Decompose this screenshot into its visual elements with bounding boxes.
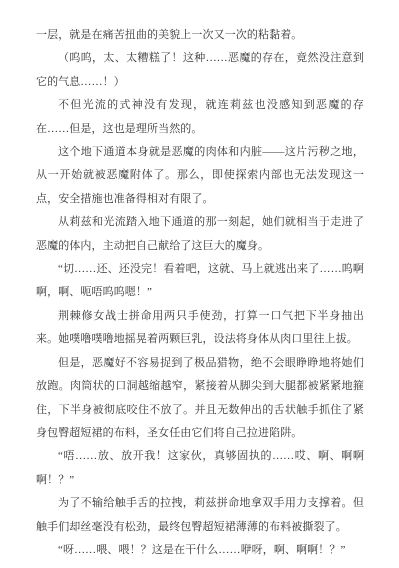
paragraph: “呀……喂、喂！？这是在干什么……咿呀，啊、啊啊！？” [36,539,364,562]
paragraph: （呜呜，太、太糟糕了！这种……恶魔的存在，竟然没注意到它的气息……！） [36,47,364,94]
paragraph: 荆棘修女战士拼命用两只手使劲，打算一口气把下半身抽出来。她噗噜噗噜地摇晃着两颗巨… [36,305,364,352]
paragraph: “唔……放、放开我！这家伙，真够固执的……哎、啊、啊啊啊！？” [36,445,364,492]
paragraph: 为了不输给触手舌的拉拽，莉兹拼命地拿双手用力支撑着。但触手们却丝毫没有松劲，最终… [36,492,364,539]
paragraph: 一层，就是在痛苦扭曲的美貌上一次又一次的粘黏着。 [36,24,364,47]
novel-page: 一层，就是在痛苦扭曲的美貌上一次又一次的粘黏着。 （呜呜，太、太糟糕了！这种……… [0,0,399,568]
paragraph: 但是，恶魔好不容易捉到了极品猎物，绝不会眼睁睁地将她们放跑。肉筒状的口洞越缩越窄… [36,352,364,446]
novel-text-body: 一层，就是在痛苦扭曲的美貌上一次又一次的粘黏着。 （呜呜，太、太糟糕了！这种……… [36,24,364,562]
paragraph: 这个地下通道本身就是恶魔的肉体和内脏——这片污秽之地，从一开始就被恶魔附体了。那… [36,141,364,211]
paragraph: 从莉兹和光流踏入地下通道的那一刻起，她们就相当于走进了恶魔的体内，主动把自己献给… [36,211,364,258]
paragraph: “切……还、还没完！看着吧，这就、马上就逃出来了……呜啊啊，啊、呃唔呜呜嗯！” [36,258,364,305]
paragraph: 不但光流的式神没有发现，就连莉兹也没感知到恶魔的存在……但是，这也是理所当然的。 [36,94,364,141]
